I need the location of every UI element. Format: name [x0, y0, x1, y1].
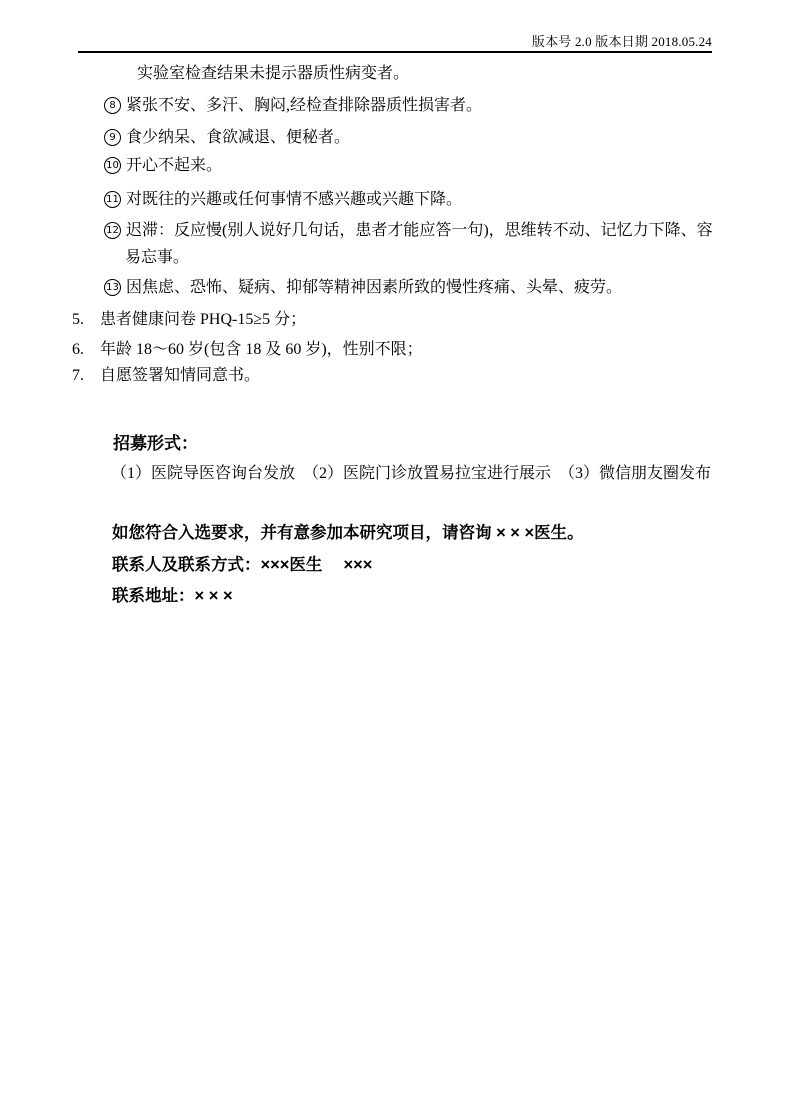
header-rule	[78, 51, 712, 53]
list-item-13: 13 因焦虑、恐怖、疑病、抑郁等精神因素所致的慢性疼痛、头晕、疲劳。	[104, 278, 622, 298]
continuation-line: 实验室检查结果未提示器质性病变者。	[137, 64, 409, 84]
contact-address-line: 联系地址：× × ×	[112, 586, 233, 606]
numbered-item-5-marker: 5.	[72, 310, 100, 330]
list-item-13-text: 因焦虑、恐怖、疑病、抑郁等精神因素所致的慢性疼痛、头晕、疲劳。	[126, 278, 622, 298]
list-item-10: 10 开心不起来。	[104, 156, 222, 176]
numbered-item-6: 6.年龄 18～60 岁(包含 18 及 60 岁)，性别不限；	[72, 340, 423, 360]
numbered-item-6-text: 年龄 18～60 岁(包含 18 及 60 岁)，性别不限；	[100, 341, 423, 358]
list-item-12-text: 迟滞：反应慢(别人说好几句话，患者才能应答一句)，思维转不动、记忆力下降、容	[126, 221, 713, 241]
list-item-10-text: 开心不起来。	[126, 156, 222, 176]
list-item-12: 12 迟滞：反应慢(别人说好几句话，患者才能应答一句)，思维转不动、记忆力下降、…	[104, 221, 713, 241]
recruit-title: 招募形式：	[113, 434, 198, 454]
numbered-item-7: 7.自愿签署知情同意书。	[72, 366, 260, 386]
list-item-9: 9 食少纳呆、食欲减退、便秘者。	[104, 128, 350, 148]
circled-number-9: 9	[104, 129, 121, 146]
document-page: 版本号 2.0 版本日期 2018.05.24 实验室检查结果未提示器质性病变者…	[0, 0, 788, 1116]
version-header-text: 版本号 2.0 版本日期 2018.05.24	[532, 34, 712, 49]
numbered-item-5-text: 患者健康问卷 PHQ-15≥5 分；	[100, 311, 306, 328]
list-item-9-text: 食少纳呆、食欲减退、便秘者。	[126, 128, 350, 148]
list-item-8-text: 紧张不安、多汗、胸闷,经检查排除器质性损害者。	[126, 96, 482, 116]
list-item-8: 8 紧张不安、多汗、胸闷,经检查排除器质性损害者。	[104, 96, 482, 116]
circled-number-10: 10	[104, 157, 121, 174]
recruit-methods: （1）医院导医咨询台发放 （2）医院门诊放置易拉宝进行展示 （3）微信朋友圈发布	[111, 464, 711, 484]
numbered-item-6-marker: 6.	[72, 340, 100, 360]
contact-person-line: 联系人及联系方式：×××医生 ×××	[112, 555, 372, 575]
version-header: 版本号 2.0 版本日期 2018.05.24	[532, 31, 712, 50]
circled-number-8: 8	[104, 97, 121, 114]
numbered-item-5: 5.患者健康问卷 PHQ-15≥5 分；	[72, 310, 306, 330]
numbered-item-7-text: 自愿签署知情同意书。	[100, 367, 260, 384]
circled-number-13: 13	[104, 279, 121, 296]
contact-intro-line: 如您符合入选要求，并有意参加本研究项目，请咨询 × × ×医生。	[112, 523, 584, 543]
list-item-11: 11 对既往的兴趣或任何事情不感兴趣或兴趣下降。	[104, 190, 462, 210]
circled-number-11: 11	[104, 191, 121, 208]
list-item-12-continuation: 易忘事。	[125, 248, 189, 268]
list-item-11-text: 对既往的兴趣或任何事情不感兴趣或兴趣下降。	[126, 190, 462, 210]
circled-number-12: 12	[104, 222, 121, 239]
numbered-item-7-marker: 7.	[72, 366, 100, 386]
